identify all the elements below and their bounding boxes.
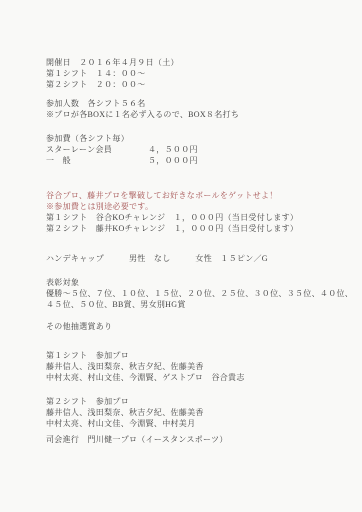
ko-challenge-shift2-line: 第２シフト 藤井KOチャレンジ １，０００円（当日受付します） <box>46 223 352 234</box>
shift1-pros-heading: 第１シフト 参加プロ <box>46 350 352 361</box>
awards-line2: ４５位、５０位、BB賞、男女別HG賞 <box>46 299 352 310</box>
shift1-time-line: 第１シフト １４：００～ <box>46 68 352 79</box>
fee-row-general: 一 般 ５，０００円 <box>46 155 352 166</box>
fee-amount-general: ５，０００円 <box>148 155 198 166</box>
fee-label-member: スターレーン会員 <box>46 144 148 155</box>
awards-heading: 表彰対象 <box>46 277 352 288</box>
ko-challenge-catch-line: 谷合プロ、藤井プロを撃破してお好きなボールをゲットせよ！ <box>46 190 352 201</box>
awards-section: 表彰対象 優勝～５位、７位、１０位、１５位、２０位、２５位、３０位、３５位、４０… <box>46 277 352 310</box>
participant-note-line: ※プロが各BOXに１名必ず入るので、BOX８名打ち <box>46 109 352 120</box>
participants-section: 参加人数 各シフト５６名 ※プロが各BOXに１名必ず入るので、BOX８名打ち <box>46 98 352 120</box>
mc-section: 司会進行 門川健一プロ（イースタンスポーツ） <box>46 434 352 445</box>
fee-label-general: 一 般 <box>46 155 148 166</box>
lottery-prize-line: その他抽選賞あり <box>46 321 352 332</box>
shift1-pros-line1: 藤井信人、浅田梨奈、秋吉夕紀、佐藤美香 <box>46 361 352 372</box>
shift2-pros-line2: 中村太亮、村山文佳、今淵賢、中村美月 <box>46 418 352 429</box>
shift1-pros-section: 第１シフト 参加プロ 藤井信人、浅田梨奈、秋吉夕紀、佐藤美香 中村太亮、村山文佳… <box>46 350 352 383</box>
event-date-line: 開催日 ２０１６年４月９日（土） <box>46 57 352 68</box>
fees-heading: 参加費（各シフト毎） <box>46 133 352 144</box>
lottery-section: その他抽選賞あり <box>46 321 352 332</box>
ko-challenge-note-line: ※参加費とは別途必要です。 <box>46 201 352 212</box>
fees-section: 参加費（各シフト毎） スターレーン会員 ４，５００円 一 般 ５，０００円 <box>46 133 352 166</box>
shift1-pros-line2: 中村太亮、村山文佳、今淵賢、ゲストプロ 谷合貴志 <box>46 372 352 383</box>
schedule-section: 開催日 ２０１６年４月９日（土） 第１シフト １４：００～ 第２シフト ２０：０… <box>46 57 352 90</box>
ko-challenge-shift1-line: 第１シフト 谷合KOチャレンジ １，０００円（当日受付します） <box>46 212 352 223</box>
handicap-line: ハンデキャップ 男性 なし 女性 １５ピン／G <box>46 253 352 264</box>
handicap-section: ハンデキャップ 男性 なし 女性 １５ピン／G <box>46 253 352 264</box>
shift2-time-line: 第２シフト ２０：００～ <box>46 79 352 90</box>
shift2-pros-section: 第２シフト 参加プロ 藤井信人、浅田梨奈、秋吉夕紀、佐藤美香 中村太亮、村山文佳… <box>46 396 352 429</box>
fee-row-member: スターレーン会員 ４，５００円 <box>46 144 352 155</box>
mc-line: 司会進行 門川健一プロ（イースタンスポーツ） <box>46 434 352 445</box>
awards-line1: 優勝～５位、７位、１０位、１５位、２０位、２５位、３０位、３５位、４０位、 <box>46 288 352 299</box>
shift2-pros-line1: 藤井信人、浅田梨奈、秋吉夕紀、佐藤美香 <box>46 407 352 418</box>
participant-count-line: 参加人数 各シフト５６名 <box>46 98 352 109</box>
ko-challenge-section: 谷合プロ、藤井プロを撃破してお好きなボールをゲットせよ！ ※参加費とは別途必要で… <box>46 190 352 234</box>
shift2-pros-heading: 第２シフト 参加プロ <box>46 396 352 407</box>
fee-amount-member: ４，５００円 <box>148 144 198 155</box>
event-flyer-document: 開催日 ２０１６年４月９日（土） 第１シフト １４：００～ 第２シフト ２０：０… <box>0 0 362 512</box>
